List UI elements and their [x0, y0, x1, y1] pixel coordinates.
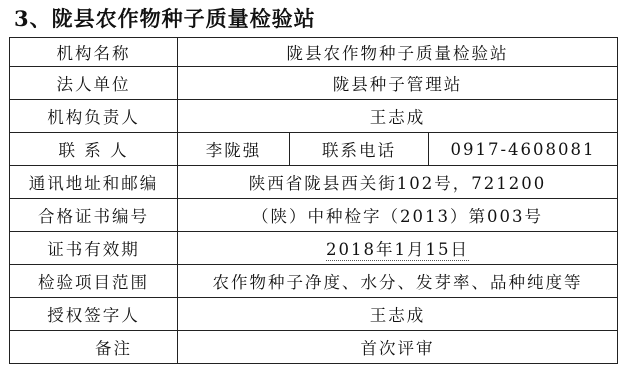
- value-validity-cell: 2018年1月15日: [178, 232, 618, 265]
- label-address: 通讯地址和邮编: [10, 166, 178, 199]
- table-row-institution-name: 机构名称 陇县农作物种子质量检验站: [10, 38, 618, 67]
- label-remarks: 备注: [10, 331, 178, 364]
- value-certificate-number: （陕）中种检字（2013）第003号: [178, 199, 618, 232]
- table-row-remarks: 备注 首次评审: [10, 331, 618, 364]
- value-remarks: 首次评审: [178, 331, 618, 364]
- table-row-test-scope: 检验项目范围 农作物种子净度、水分、发芽率、品种纯度等: [10, 265, 618, 298]
- table-row-contact: 联 系 人 李陇强 联系电话 0917-4608081: [10, 133, 618, 166]
- label-phone: 联系电话: [290, 133, 429, 166]
- table-row-certificate-number: 合格证书编号 （陕）中种检字（2013）第003号: [10, 199, 618, 232]
- label-director: 机构负责人: [10, 100, 178, 133]
- label-validity: 证书有效期: [10, 232, 178, 265]
- label-test-scope: 检验项目范围: [10, 265, 178, 298]
- table-row-director: 机构负责人 王志成: [10, 100, 618, 133]
- table-row-validity: 证书有效期 2018年1月15日: [10, 232, 618, 265]
- section-title: 3、陇县农作物种子质量检验站: [14, 4, 316, 34]
- value-test-scope: 农作物种子净度、水分、发芽率、品种纯度等: [178, 265, 618, 298]
- label-contact-person: 联 系 人: [10, 133, 178, 166]
- institution-info-table: 机构名称 陇县农作物种子质量检验站 法人单位 陇县种子管理站 机构负责人 王志成…: [9, 37, 618, 364]
- value-institution-name: 陇县农作物种子质量检验站: [178, 38, 618, 67]
- value-legal-entity: 陇县种子管理站: [178, 67, 618, 100]
- label-certificate-number: 合格证书编号: [10, 199, 178, 232]
- value-authorized-signatory: 王志成: [178, 298, 618, 331]
- value-phone: 0917-4608081: [429, 133, 618, 166]
- table-row-address: 通讯地址和邮编 陕西省陇县西关街102号，721200: [10, 166, 618, 199]
- value-contact-person: 李陇强: [178, 133, 290, 166]
- table-row-legal-entity: 法人单位 陇县种子管理站: [10, 67, 618, 100]
- label-legal-entity: 法人单位: [10, 67, 178, 100]
- label-institution-name: 机构名称: [10, 38, 178, 67]
- value-validity: 2018年1月15日: [326, 240, 469, 261]
- label-authorized-signatory: 授权签字人: [10, 298, 178, 331]
- value-address: 陕西省陇县西关街102号，721200: [178, 166, 618, 199]
- table-row-authorized-signatory: 授权签字人 王志成: [10, 298, 618, 331]
- value-director: 王志成: [178, 100, 618, 133]
